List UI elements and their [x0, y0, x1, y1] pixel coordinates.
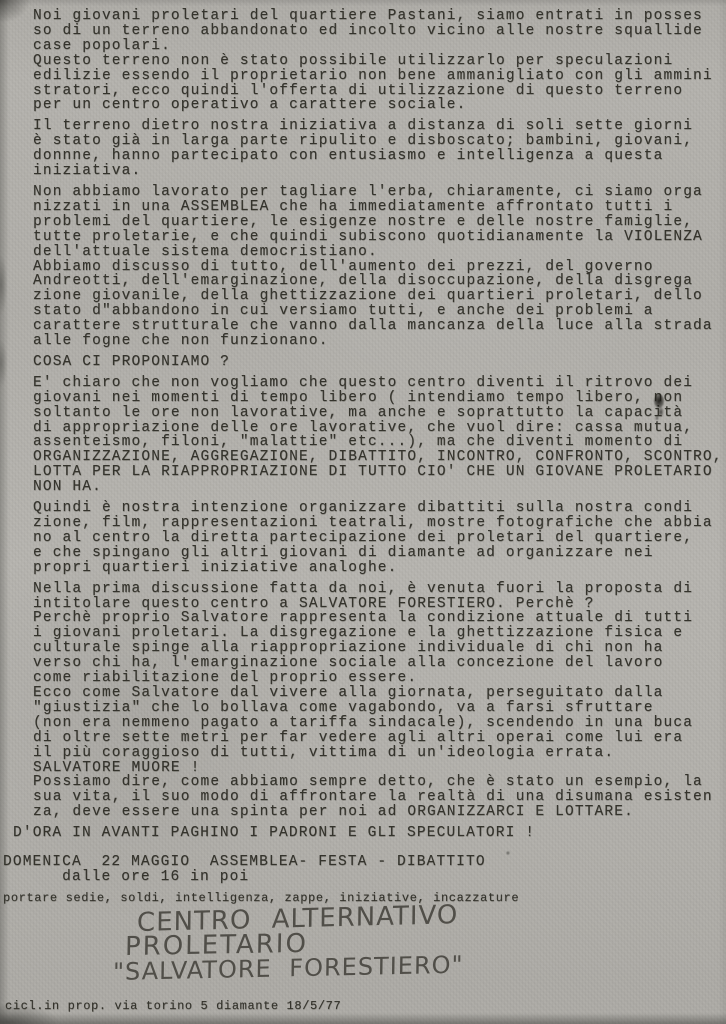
section-heading-cosa-ci-proponiamo: COSA CI PROPONIAMO ? [33, 355, 726, 370]
paragraph-intro: Noi giovani proletari del quartiere Past… [33, 9, 726, 113]
paragraph-terrain-cleanup: Il terreno dietro nostra iniziativa a di… [33, 119, 726, 179]
paragraph-center-purpose: E' chiaro che non vogliamo che questo ce… [33, 376, 726, 495]
scanned-flyer-page: Noi giovani proletari del quartiere Past… [0, 0, 726, 1024]
event-announcement: DOMENICA 22 MAGGIO ASSEMBLEA- FESTA - DI… [3, 855, 726, 885]
slogan-line: D'ORA IN AVANTI PAGHINO I PADRONI E GLI … [13, 826, 726, 841]
paragraph-assembly: Non abbiamo lavorato per tagliare l'erba… [33, 185, 726, 349]
bring-list-line: portare sedie, soldi, intelligenza, zapp… [3, 891, 726, 906]
paragraph-salvatore-story: Nella prima discussione fatta da noi, è … [33, 582, 726, 821]
typed-text-body: Noi giovani proletari del quartiere Past… [0, 0, 726, 1024]
paragraph-initiatives: Quindi è nostra intenzione organizzare d… [33, 501, 726, 576]
print-imprint: cicl.in prop. via torino 5 diamante 18/5… [5, 999, 341, 1013]
